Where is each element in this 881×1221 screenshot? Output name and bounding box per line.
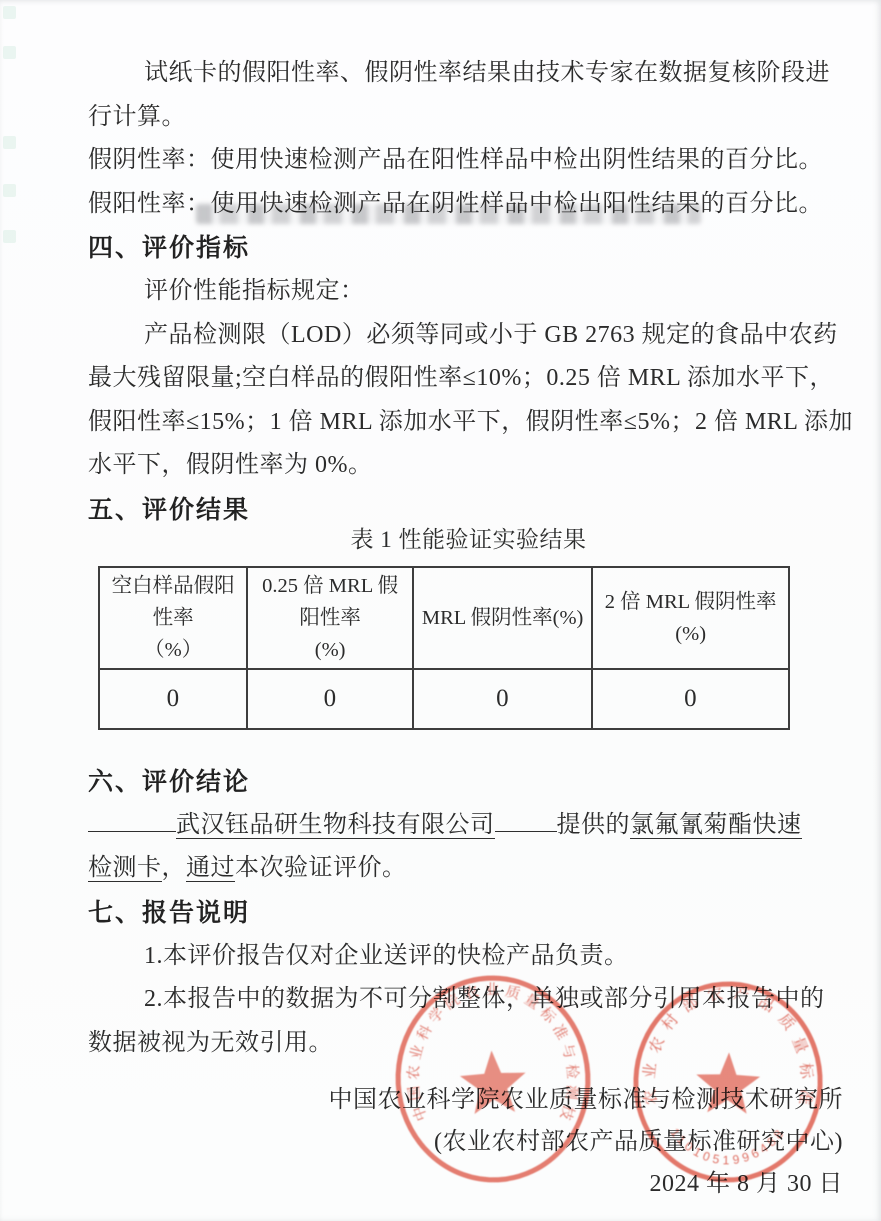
conclusion-line: 武汉钰品研生物科技有限公司提供的氯氟氰菊酯快速	[88, 804, 793, 848]
conclusion-text: 本次验证评价。	[235, 855, 407, 881]
table-header-cell: MRL 假阴性率(%)	[413, 567, 592, 669]
section4-line: 评价性能指标规定：	[88, 270, 793, 314]
underline-blank	[88, 831, 176, 832]
section4-line: 水平下，假阴性率为 0%。	[88, 444, 793, 488]
table-value-cell: 0	[592, 669, 789, 729]
report-date: 2024 年 8 月 30 日	[88, 1163, 843, 1205]
underline-blank	[495, 831, 557, 832]
intro-line: 假阳性率：使用快速检测产品在阴性样品中检出阳性结果的百分比。	[88, 183, 793, 227]
results-table: 空白样品假阳性率 （%） 0.25 倍 MRL 假阳性率 (%) MRL 假阴性…	[98, 566, 790, 730]
document-page: 试纸卡的假阳性率、假阴性率结果由技术专家在数据复核阶段进 行计算。 假阴性率：使…	[0, 0, 881, 1221]
section7-heading: 七、报告说明	[88, 891, 793, 935]
conclusion-line: 检测卡，通过本次验证评价。	[88, 847, 793, 891]
header-text: 0.25 倍 MRL 假阳性率	[252, 570, 408, 634]
section4-line: 最大残留限量;空白样品的假阳性率≤10%；0.25 倍 MRL 添加水平下，	[88, 357, 793, 401]
intro-line: 试纸卡的假阳性率、假阴性率结果由技术专家在数据复核阶段进	[88, 52, 793, 96]
intro-line: 假阴性率：使用快速检测产品在阳性样品中检出阴性结果的百分比。	[88, 139, 793, 183]
table-value-row: 0 0 0 0	[99, 669, 789, 729]
section7-line: 数据被视为无效引用。	[88, 1022, 793, 1066]
header-text: 2 倍 MRL 假阴性率(%)	[597, 586, 784, 650]
section6-heading: 六、评价结论	[88, 760, 793, 804]
conclusion-text: ，	[162, 855, 187, 881]
issuing-organization: 中国农业科学院农业质量标准与检测技术研究所	[88, 1079, 843, 1121]
table-header-row: 空白样品假阳性率 （%） 0.25 倍 MRL 假阳性率 (%) MRL 假阴性…	[99, 567, 789, 669]
pass-word: 通过	[186, 855, 235, 882]
table-value-cell: 0	[413, 669, 592, 729]
header-text: MRL 假阴性率(%)	[418, 602, 587, 634]
conclusion-text: 提供的	[557, 812, 631, 838]
section4-line: 产品检测限（LOD）必须等同或小于 GB 2763 规定的食品中农药	[88, 314, 793, 358]
issuing-organization-alt: (农业农村部农产品质量标准研究中心)	[88, 1121, 843, 1163]
signature-block: 中国农业科学院农业质量标准与检测技术研究所 (农业农村部农产品质量标准研究中心)…	[88, 1079, 843, 1205]
document-content: 试纸卡的假阳性率、假阴性率结果由技术专家在数据复核阶段进 行计算。 假阴性率：使…	[0, 0, 881, 1205]
section4-line: 假阳性率≤15%；1 倍 MRL 添加水平下，假阴性率≤5%；2 倍 MRL 添…	[88, 401, 793, 445]
company-name: 武汉钰品研生物科技有限公司	[176, 812, 495, 839]
product-name: 氯氟氰菊酯快速	[630, 812, 802, 839]
section7-line: 1.本评价报告仅对企业送评的快检产品负责。	[88, 935, 793, 979]
table-value-cell: 0	[99, 669, 247, 729]
section7-line: 2.本报告中的数据为不可分割整体，单独或部分引用本报告中的	[88, 978, 793, 1022]
section4-heading: 四、评价指标	[88, 226, 793, 270]
table-value-cell: 0	[247, 669, 413, 729]
intro-line: 行计算。	[88, 96, 793, 140]
header-text: (%)	[252, 634, 408, 666]
table-header-cell: 空白样品假阳性率 （%）	[99, 567, 247, 669]
header-text: （%）	[104, 634, 242, 666]
table-header-cell: 2 倍 MRL 假阴性率(%)	[592, 567, 789, 669]
product-name: 检测卡	[88, 855, 162, 882]
table-caption: 表 1 性能验证实验结果	[116, 526, 821, 554]
table-header-cell: 0.25 倍 MRL 假阳性率 (%)	[247, 567, 413, 669]
header-text: 空白样品假阳性率	[104, 570, 242, 634]
